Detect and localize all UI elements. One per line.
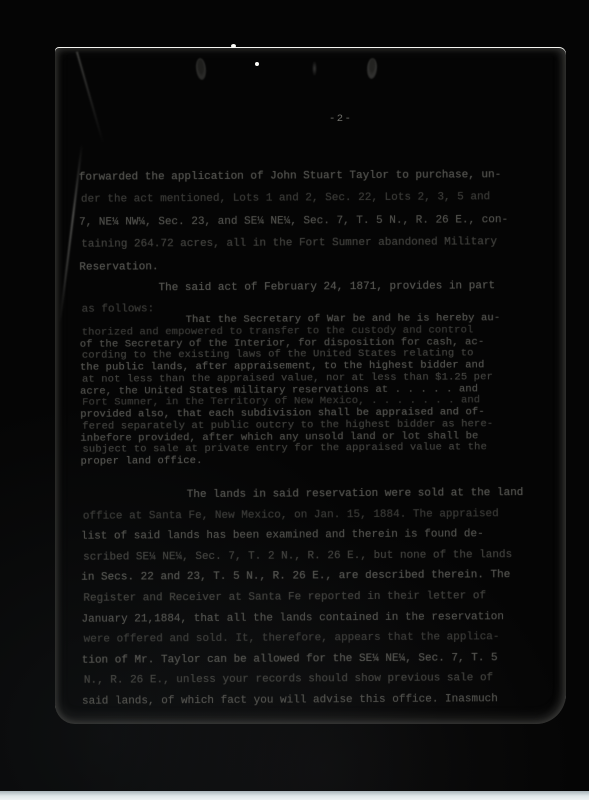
film-edge-strip	[0, 791, 589, 800]
typed-line: forwarded the application of John Stuart…	[79, 164, 533, 189]
typed-line: proper land office.	[80, 454, 534, 469]
act-quotation-block: That the Secretary of War be and he is h…	[80, 313, 535, 469]
typed-line: der the act mentioned, Lots 1 and 2, Sec…	[81, 186, 533, 211]
typed-line: office at Santa Fe, New Mexico, on Jan. …	[83, 504, 535, 527]
typed-line: said lands, of which fact you will advis…	[82, 689, 536, 712]
typed-line: Register and Receiver at Santa Fe report…	[83, 586, 535, 609]
photo-background: -2- forwarded the application of John St…	[0, 0, 589, 800]
document-page: -2- forwarded the application of John St…	[55, 47, 566, 724]
paragraph-findings: The lands in said reservation were sold …	[81, 483, 536, 712]
paragraph-application: forwarded the application of John Stuart…	[79, 164, 534, 279]
typed-line: scribed SE¼ NE¼, Sec. 7, T. 2 N., R. 26 …	[83, 545, 535, 568]
typed-line: Reservation.	[79, 254, 533, 279]
typed-line: in Secs. 22 and 23, T. 5 N., R. 26 E., a…	[81, 565, 535, 588]
paper-speck	[255, 62, 259, 66]
typed-line: January 21,1884, that all the lands cont…	[81, 607, 535, 630]
typed-line: list of said lands has been examined and…	[81, 524, 535, 547]
typed-line: were offered and sold. It, therefore, ap…	[84, 627, 536, 650]
letter-body: forwarded the application of John Stuart…	[78, 47, 536, 727]
typed-line: 7, NE¼ NW¼, Sec. 23, and SE¼ NE¼, Sec. 7…	[79, 209, 533, 234]
paper-speck	[231, 44, 236, 48]
typed-line: The said act of February 24, 1871, provi…	[79, 276, 533, 299]
typed-line: taining 264.72 acres, all in the Fort Su…	[81, 231, 533, 256]
typed-line: The lands in said reservation were sold …	[81, 483, 535, 506]
typed-line: tion of Mr. Taylor can be allowed for th…	[82, 648, 536, 671]
typed-line: N., R. 26 E., unless your records should…	[84, 668, 536, 691]
